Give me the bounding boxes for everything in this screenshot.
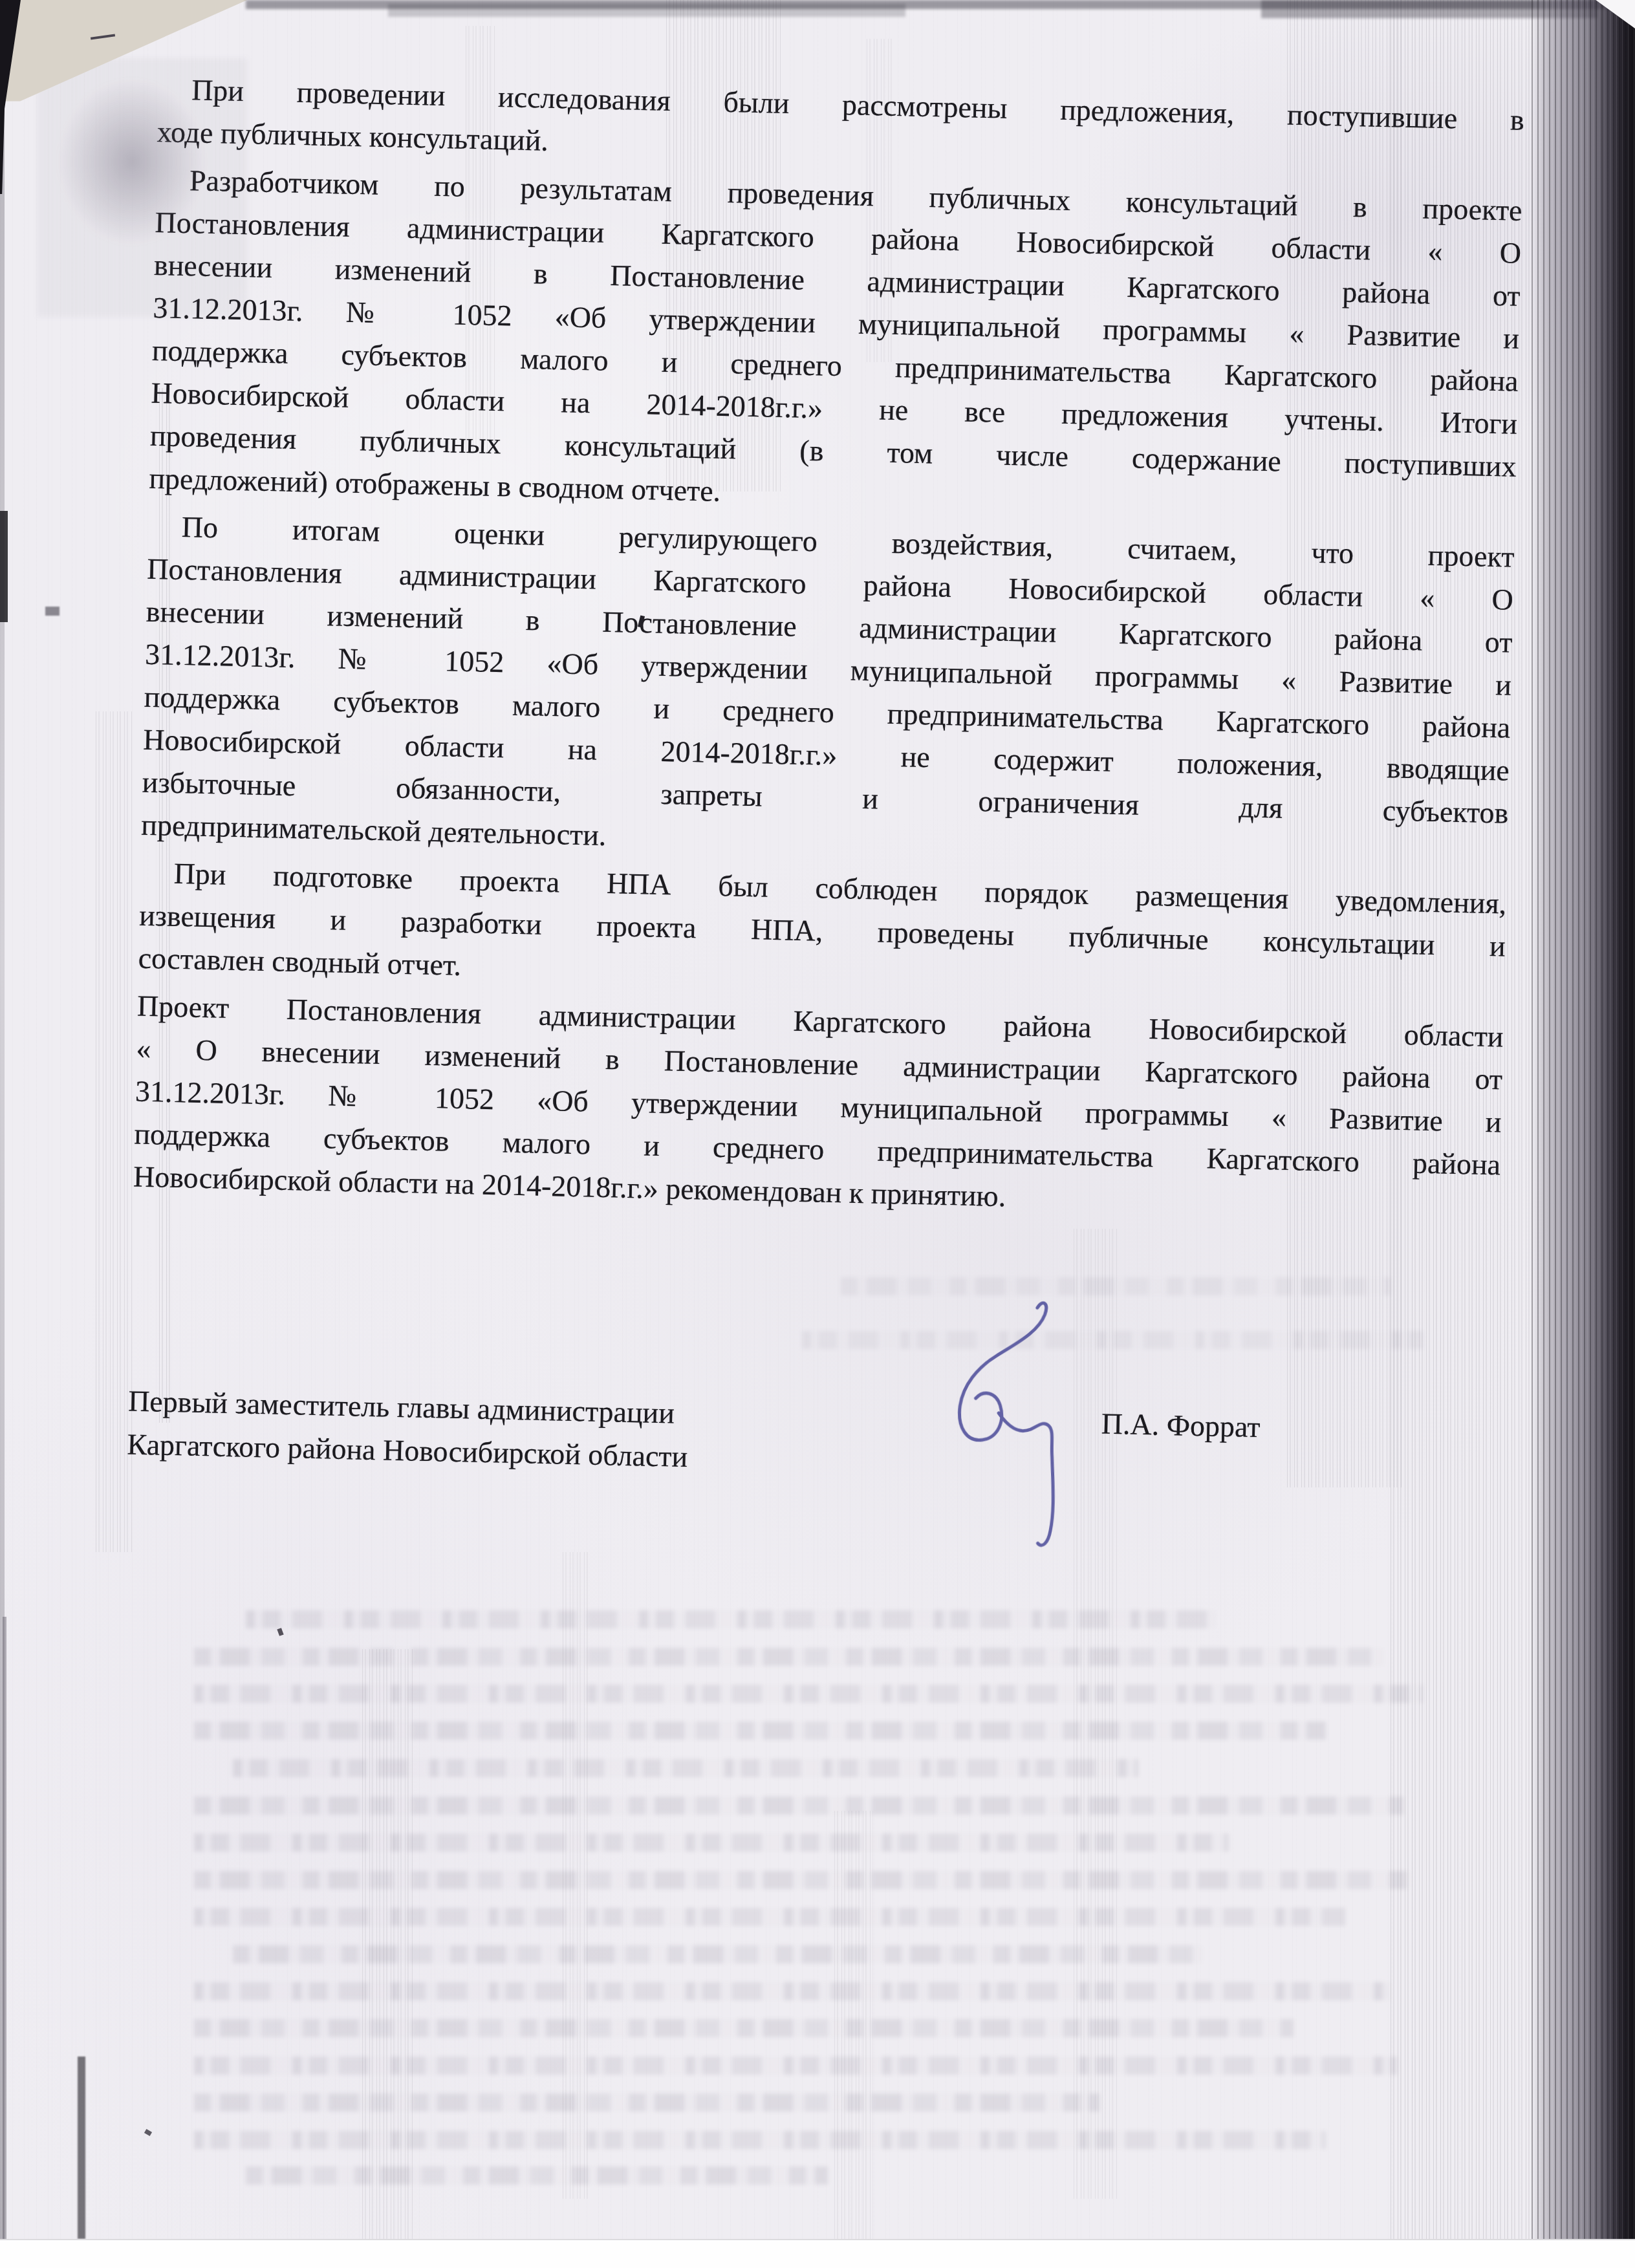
scanner-streak bbox=[96, 711, 132, 1552]
top-edge-smudge-2 bbox=[388, 4, 905, 17]
handwritten-signature-ink bbox=[920, 1293, 1081, 1555]
ghost-text-line bbox=[246, 2166, 828, 2185]
ink-speck-2 bbox=[277, 1628, 283, 1636]
ghost-text-line bbox=[194, 2131, 1326, 2149]
paragraphs-container: При проведении исследования были рассмот… bbox=[133, 68, 1524, 1229]
signature-stroke bbox=[957, 1301, 1057, 1546]
scanner-edge-black-wedge bbox=[0, 0, 21, 194]
ghost-text-line bbox=[194, 1797, 1403, 1815]
scanner-streak bbox=[834, 1811, 873, 2239]
small-smudge-speck bbox=[45, 607, 60, 616]
signer-position-title: Первый заместитель главы администрации К… bbox=[127, 1379, 931, 1484]
scanner-lid-scratch-mark bbox=[91, 34, 115, 39]
ghost-text-line bbox=[194, 1685, 1423, 1703]
ghost-text-line bbox=[194, 1648, 1384, 1666]
paragraph: Проект Постановления администрации Карга… bbox=[133, 985, 1504, 1229]
ghost-text-line bbox=[194, 1833, 1229, 1852]
ghost-text-line bbox=[194, 1908, 1345, 1926]
ghost-text-line bbox=[233, 1945, 1203, 1963]
ink-speck-3 bbox=[144, 2129, 152, 2136]
document-text: При проведении исследования были рассмот… bbox=[127, 68, 1525, 1507]
ghost-text-line bbox=[194, 1982, 1391, 2000]
top-edge-smudge-3 bbox=[1261, 0, 1597, 18]
ghost-text-line bbox=[233, 1759, 1138, 1777]
ghost-text-line bbox=[194, 1871, 1410, 1889]
left-edge-gray-line bbox=[3, 1617, 6, 2239]
ghost-text-line bbox=[194, 2093, 1099, 2111]
paragraph: По итогам оценки регулирующего воздейств… bbox=[141, 505, 1515, 878]
ghost-text-line bbox=[194, 2057, 1397, 2075]
signer-name: П.А. Форрат bbox=[1101, 1403, 1373, 1452]
paragraph: При подготовке проекта НПА был соблюден … bbox=[138, 852, 1507, 1011]
paragraph: Разработчиком по результатам проведения … bbox=[149, 158, 1522, 531]
left-scan-edge-line bbox=[0, 97, 5, 2244]
ghost-text-line bbox=[194, 2019, 1294, 2037]
bottom-overscan-strip bbox=[0, 2239, 1635, 2268]
ghost-text-line bbox=[246, 1610, 1216, 1628]
right-scan-edge-band bbox=[1532, 0, 1635, 2239]
top-edge-smudge bbox=[246, 0, 1635, 9]
bottom-left-black-streak bbox=[78, 2057, 85, 2239]
top-right-paper-notch bbox=[1592, 0, 1635, 28]
signature-block: Первый заместитель главы администрации К… bbox=[127, 1379, 1495, 1507]
scanned-document-page: { "document": { "paragraphs": [ { "inden… bbox=[0, 0, 1635, 2268]
ghost-text-line bbox=[194, 1722, 1326, 1740]
scanner-streak bbox=[563, 1552, 589, 2199]
scanner-streak bbox=[362, 1649, 414, 2239]
left-edge-black-bar bbox=[0, 511, 8, 622]
